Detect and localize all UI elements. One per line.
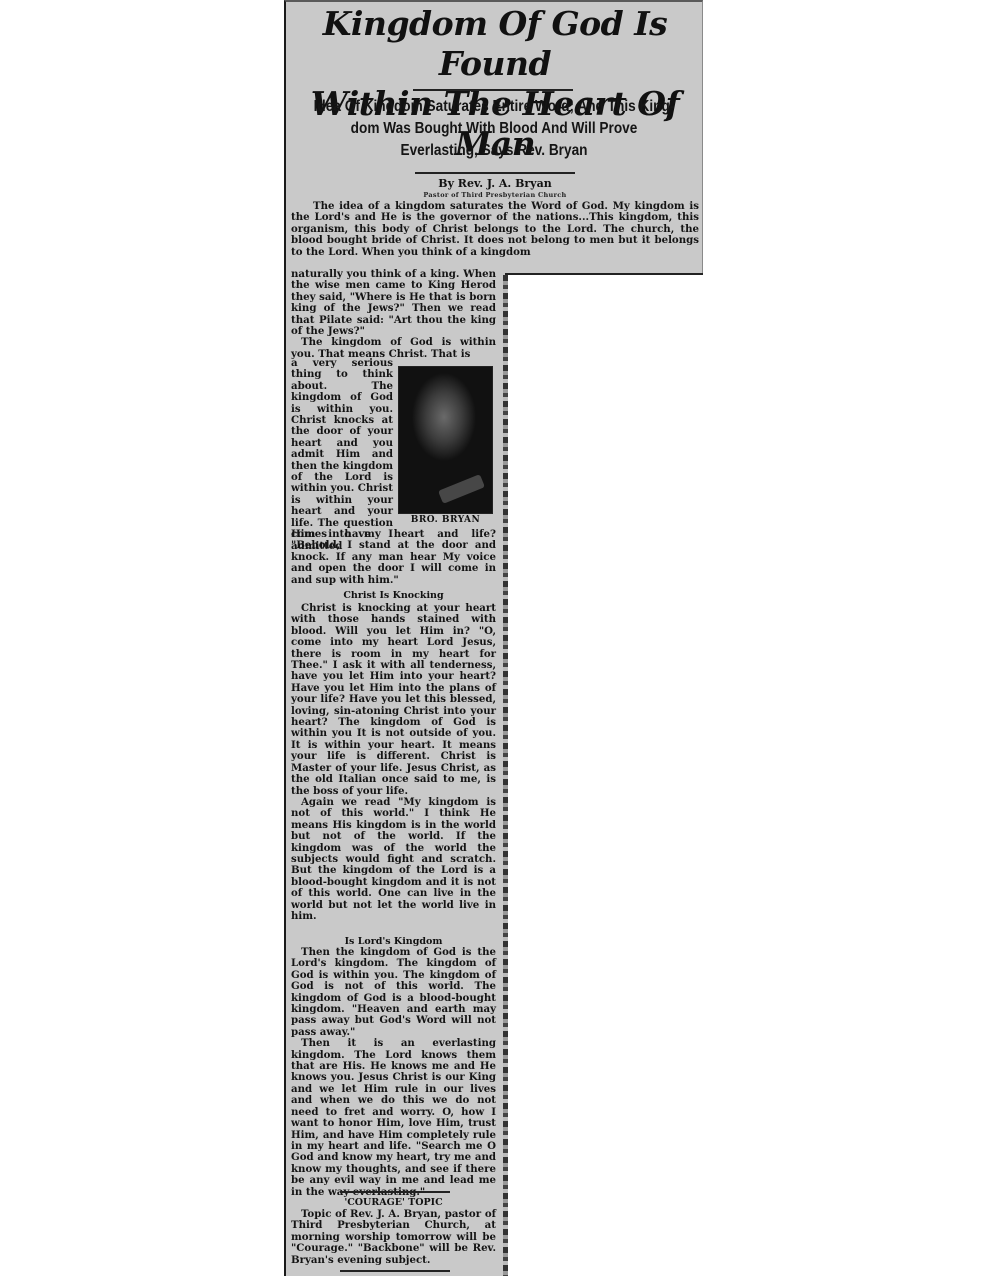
subhead-christ-is-knocking: Christ Is Knocking [291, 590, 496, 601]
adjacent-column-edge [503, 275, 508, 1276]
sidebar-bottom-rule [340, 1270, 450, 1272]
lead-paragraph-text: The idea of a kingdom saturates the Word… [291, 201, 699, 258]
headline-line-1: Kingdom Of God Is Found [290, 4, 700, 84]
column-intro: naturally you think of a king. When the … [291, 269, 496, 360]
section2-paragraph-1: Then the kingdom of God is the Lord's ki… [291, 947, 496, 1038]
section-christ-is-knocking: Christ is knocking at your heart with th… [291, 603, 496, 922]
deck-line-1: Idea Of Kingdom Saturates Entire Word; A… [313, 96, 676, 118]
column-intro-text: naturally you think of a king. When the … [291, 269, 496, 337]
portrait-photo [398, 366, 493, 514]
lead-paragraph: The idea of a kingdom saturates the Word… [291, 201, 699, 258]
photo-caption: BRO. BRYAN [398, 515, 493, 525]
deck-line-2: dom Was Bought With Blood And Will Prove [313, 118, 676, 140]
deck-divider [415, 172, 575, 174]
byline: By Rev. J. A. Bryan [290, 177, 700, 190]
narrow-wrap-paragraph: a very serious thing to think about. The… [291, 358, 393, 552]
portrait-collar [438, 474, 485, 504]
courage-topic-text: Topic of Rev. J. A. Bryan, pastor of Thi… [291, 1209, 496, 1266]
section2-paragraph-2: Then it is an everlasting kingdom. The L… [291, 1038, 496, 1198]
courage-topic-box: Topic of Rev. J. A. Bryan, pastor of Thi… [291, 1209, 496, 1266]
headline-divider [413, 89, 573, 91]
section1-paragraph-1: Christ is knocking at your heart with th… [291, 603, 496, 797]
narrow-wrap-text: a very serious thing to think about. The… [291, 358, 393, 552]
within-paragraph-continued: Him into my heart and life? "Behold, I s… [291, 529, 496, 586]
byline-title: Pastor of Third Presbyterian Church [290, 191, 700, 199]
subhead-courage-topic: 'COURAGE' TOPIC [291, 1197, 496, 1208]
clipping-cut-rule [505, 273, 703, 275]
deck-subheadline: Idea Of Kingdom Saturates Entire Word; A… [313, 96, 676, 162]
sidebar-top-rule [340, 1191, 450, 1193]
section-is-lords-kingdom: Then the kingdom of God is the Lord's ki… [291, 947, 496, 1198]
deck-line-3: Everlasting, Says Rev. Bryan [313, 140, 676, 162]
within-paragraph-end: Him into my heart and life? "Behold, I s… [291, 529, 496, 586]
section1-paragraph-2: Again we read "My kingdom is not of this… [291, 797, 496, 922]
